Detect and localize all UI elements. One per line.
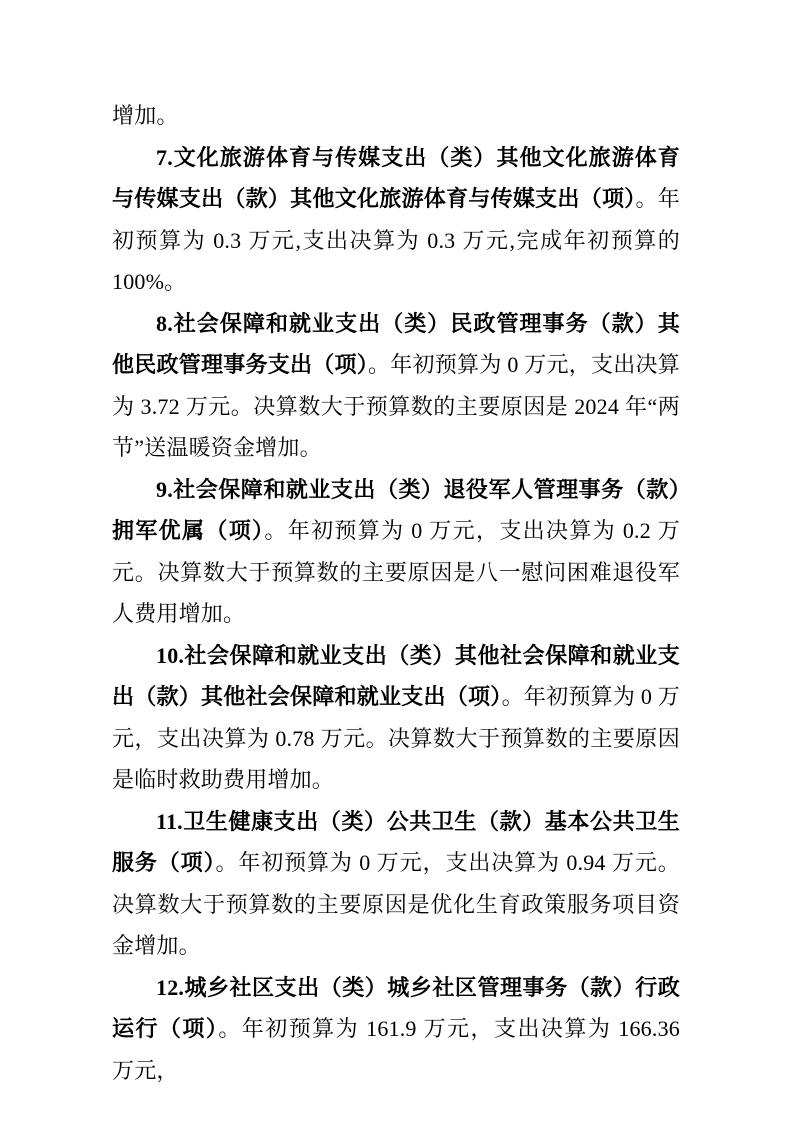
paragraph-item-11: 11.卫生健康支出（类）公共卫生（款）基本公共卫生服务（项）。年初预算为 0 万… (112, 801, 680, 967)
paragraph-item-7: 7.文化旅游体育与传媒支出（类）其他文化旅游体育与传媒支出（款）其他文化旅游体育… (112, 137, 680, 303)
paragraph-text: 增加。 (112, 103, 179, 128)
paragraph-continuation: 增加。 (112, 95, 680, 137)
paragraph-item-10: 10.社会保障和就业支出（类）其他社会保障和就业支出（款）其他社会保障和就业支出… (112, 635, 680, 801)
document-page: 增加。 7.文化旅游体育与传媒支出（类）其他文化旅游体育与传媒支出（款）其他文化… (0, 0, 793, 1122)
paragraph-item-8: 8.社会保障和就业支出（类）民政管理事务（款）其他民政管理事务支出（项）。年初预… (112, 303, 680, 469)
paragraph-item-12: 12.城乡社区支出（类）城乡社区管理事务（款）行政运行（项）。年初预算为 161… (112, 967, 680, 1092)
item-heading: 7.文化旅游体育与传媒支出（类）其他文化旅游体育与传媒支出（款）其他文化旅游体育… (112, 145, 680, 212)
document-body: 增加。 7.文化旅游体育与传媒支出（类）其他文化旅游体育与传媒支出（款）其他文化… (112, 95, 680, 1091)
paragraph-item-9: 9.社会保障和就业支出（类）退役军人管理事务（款）拥军优属（项）。年初预算为 0… (112, 469, 680, 635)
